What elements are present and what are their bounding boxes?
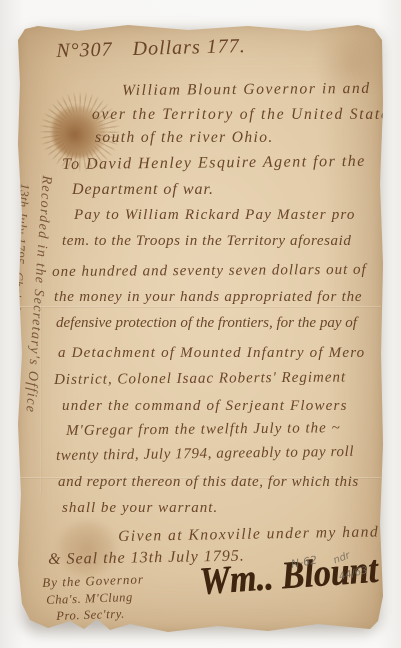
attestation-line: Pro. Sec'try. (56, 607, 125, 624)
body-line: a Detachment of Mounted Infantry of Mero (58, 345, 365, 362)
body-line: Pay to William Rickard Pay Master pro (74, 207, 356, 224)
body-line: the money in your hands appropriated for… (54, 289, 362, 306)
body-line: one hundred and seventy seven dollars ou… (52, 262, 367, 281)
title-line: over the Territory of the United States (92, 106, 398, 124)
body-line: District, Colonel Isaac Roberts' Regimen… (54, 369, 346, 389)
amount-label: Dollars 177. (132, 35, 246, 60)
closing-line: Given at Knoxville under my hand (118, 523, 379, 546)
address-line: Department of war. (72, 181, 214, 199)
document-number: N°307 (56, 39, 113, 62)
title-line: south of the river Ohio. (95, 129, 274, 147)
title-line: William Blount Governor in and (122, 80, 371, 100)
fold-crease (20, 306, 381, 308)
body-line: shall be your warrant. (62, 500, 218, 517)
body-line: defensive protection of the frontiers, f… (56, 315, 357, 332)
body-line: and report thereon of this date, for whi… (58, 474, 359, 491)
attestation-line: By the Governor (42, 571, 144, 591)
manuscript-paper: N°307 Dollars 177. William Blount Govern… (18, 24, 383, 632)
attestation-line: Cha's. M'Clung (46, 590, 133, 608)
body-line: tem. to the Troops in the Territory afor… (62, 233, 352, 250)
body-line: twenty third, July 1794, agreeably to pa… (56, 444, 354, 465)
photograph-background: N°307 Dollars 177. William Blount Govern… (0, 0, 401, 648)
document-number-line: N°307 Dollars 177. (56, 35, 246, 63)
address-line: To David Henley Esquire Agent for the (62, 153, 366, 174)
body-line: M'Gregar from the twelfth July to the ~ (66, 420, 341, 440)
body-line: under the command of Serjeant Flowers (62, 398, 348, 415)
